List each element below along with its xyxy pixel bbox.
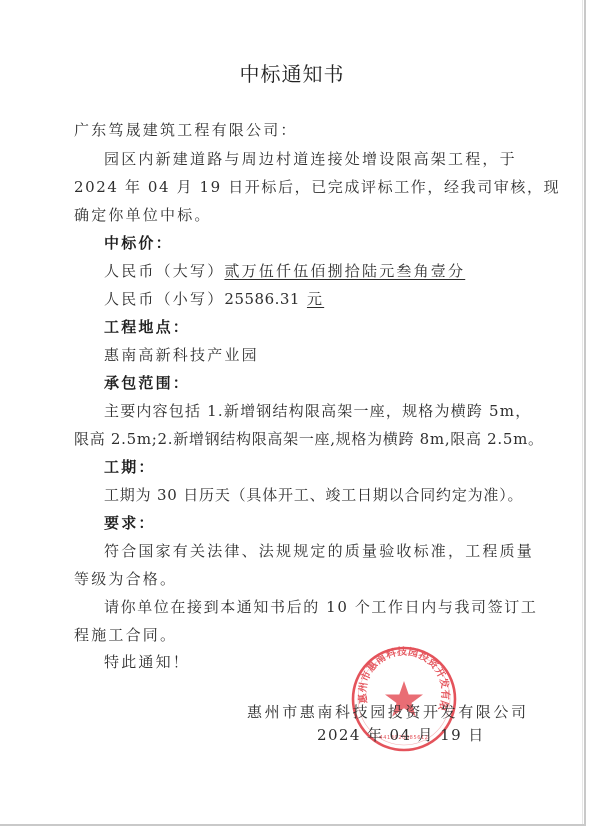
price-numeric-unit: 元 <box>307 290 324 308</box>
duration-value: 工期为 30 日历天（具体开工、竣工日期以合同约定为准）。 <box>104 485 544 505</box>
price-numeric-row: 人民币（小写）25586.31 元 <box>104 289 544 309</box>
closing: 特此通知！ <box>104 652 544 672</box>
requirements-line-2: 等级为合格。 <box>74 569 514 589</box>
signature-date: 2024 年 04 月 19 日 <box>317 725 485 745</box>
scope-line-2: 限高 2.5m;2.新增钢结构限高架一座,规格为横跨 8m,限高 2.5m。 <box>74 429 514 449</box>
location-heading: 工程地点： <box>104 317 544 337</box>
duration-heading: 工期： <box>104 457 544 477</box>
scope-heading: 承包范围： <box>104 373 544 393</box>
price-capital-value: 贰万伍仟伍佰捌拾陆元叁角壹分 <box>224 262 465 280</box>
document-page: 中标通知书 广东笃晟建筑工程有限公司： 园区内新建道路与周边村道连接处增设限高架… <box>0 0 586 826</box>
price-capital-row: 人民币（大写）贰万伍仟伍佰捌拾陆元叁角壹分 <box>104 261 544 281</box>
intro-line-1: 园区内新建道路与周边村道连接处增设限高架工程，于 <box>104 149 544 169</box>
intro-line-2: 2024 年 04 月 19 日开标后，已完成评标工作，经我司审核，现 <box>74 177 514 197</box>
scope-line-1: 主要内容包括 1.新增钢结构限高架一座，规格为横跨 5m， <box>104 401 544 421</box>
signature-company: 惠州市惠南科技园投资开发有限公司 <box>247 702 529 722</box>
contract-line-2: 程施工合同。 <box>74 625 514 645</box>
requirements-line-1: 符合国家有关法律、法规规定的质量验收标准，工程质量 <box>104 541 544 561</box>
requirements-heading: 要求： <box>104 513 544 533</box>
price-numeric-value: 25586.31 <box>224 290 300 308</box>
page-edge-rule <box>582 0 583 824</box>
contract-line-1: 请你单位在接到本通知书后的 10 个工作日内与我司签订工 <box>104 597 544 617</box>
price-numeric-label: 人民币（小写） <box>104 290 224 308</box>
document-title: 中标通知书 <box>0 58 584 87</box>
price-heading: 中标价： <box>104 233 544 253</box>
price-capital-label: 人民币（大写） <box>104 262 224 280</box>
addressee: 广东笃晟建筑工程有限公司： <box>74 120 514 140</box>
location-value: 惠南高新科技产业园 <box>104 345 544 365</box>
intro-line-3: 确定你单位中标。 <box>74 205 514 225</box>
